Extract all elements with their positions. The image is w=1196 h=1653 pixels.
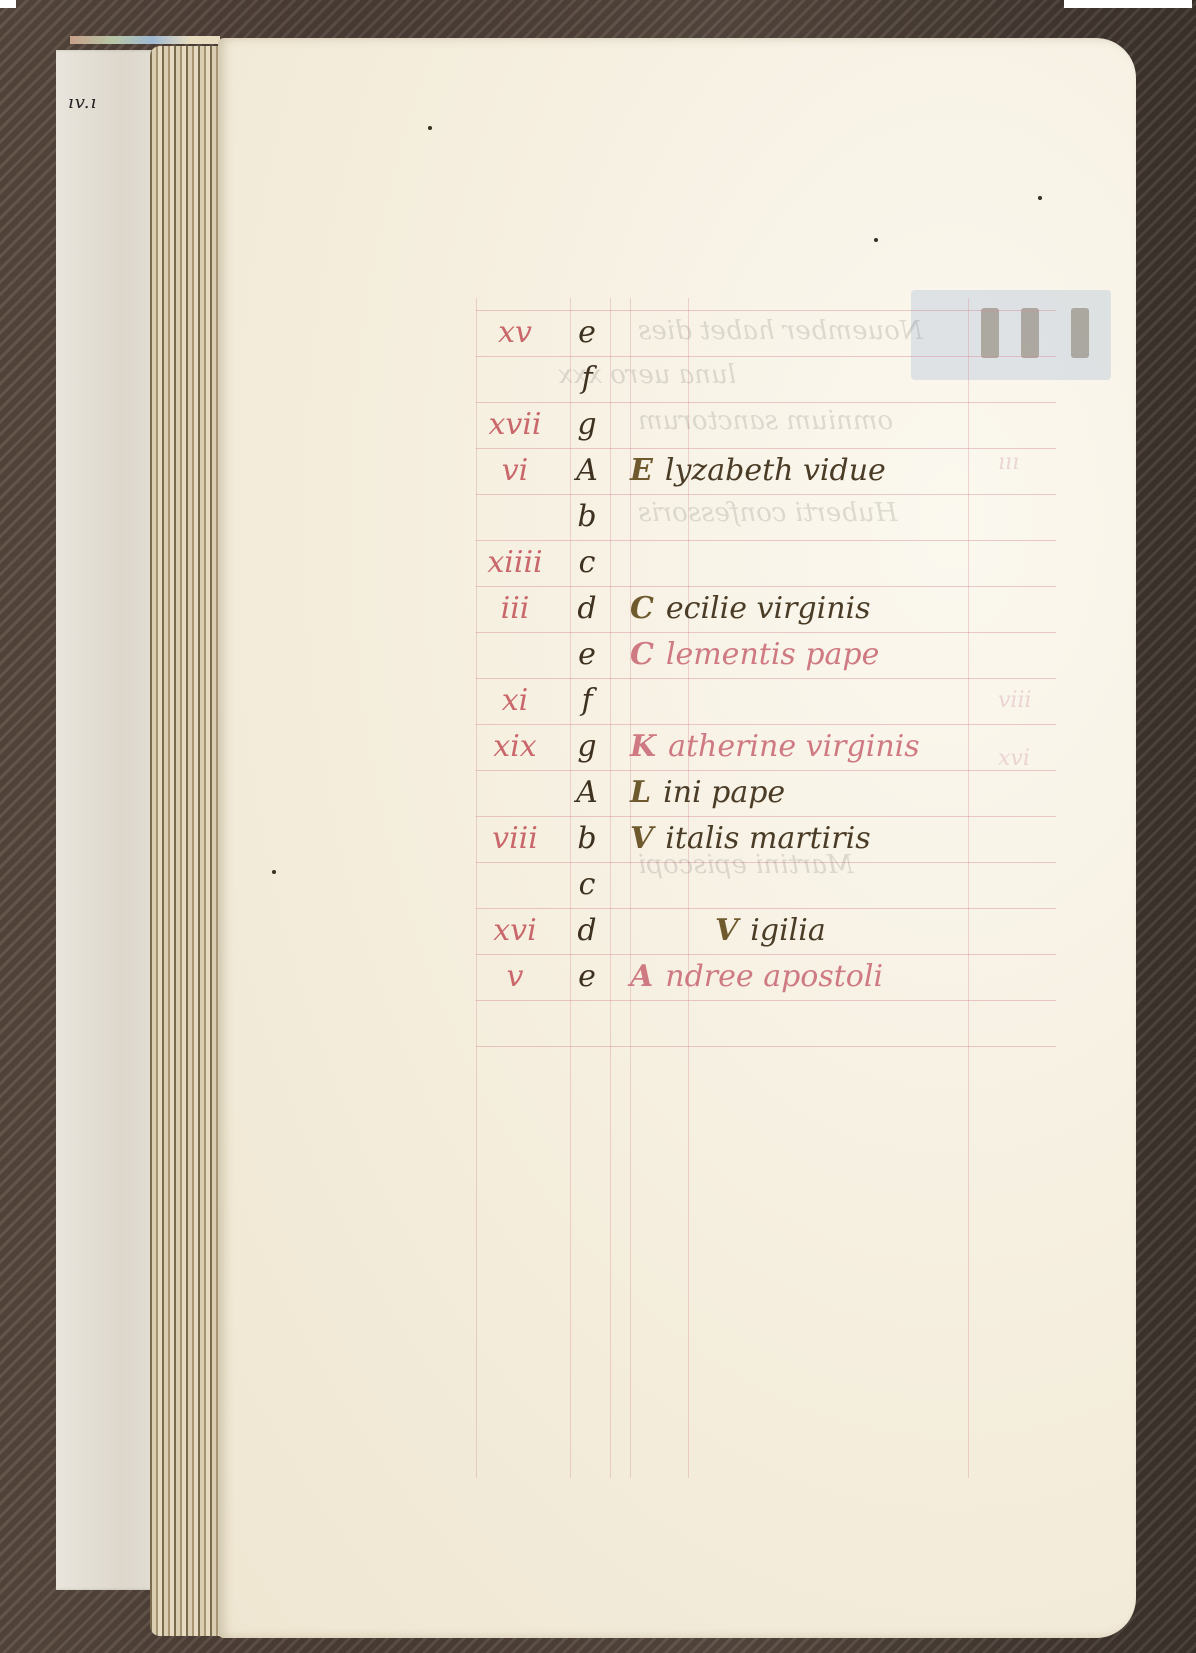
dominical-letter: g xyxy=(572,724,602,770)
image-crop-artifact xyxy=(1064,0,1192,8)
dominical-letter: d xyxy=(572,586,602,632)
ruling-line xyxy=(476,1000,1056,1001)
feast-name: lyzabeth vidue xyxy=(665,453,886,488)
feast-initial: V xyxy=(715,913,738,948)
calendar-row: xixgKatherine virginis xyxy=(480,724,1080,770)
ink-speck xyxy=(1038,196,1042,200)
dominical-letter: b xyxy=(572,816,602,862)
ruling-line xyxy=(476,1046,1056,1047)
feast-entry: Vigilia xyxy=(715,908,826,954)
ink-speck xyxy=(428,126,432,130)
feast-name: ini pape xyxy=(663,775,785,810)
golden-number: xvi xyxy=(480,908,550,954)
golden-number: viii xyxy=(480,816,550,862)
calendar-row: f xyxy=(480,356,1080,402)
calendar-row: viiibVitalis martiris xyxy=(480,816,1080,862)
feast-entry: Andree apostoli xyxy=(630,954,883,1000)
calendar-row: xve xyxy=(480,310,1080,356)
ink-speck xyxy=(272,870,276,874)
feast-name: ecilie virginis xyxy=(666,591,871,626)
golden-number: vi xyxy=(480,448,550,494)
calendar-row: xif xyxy=(480,678,1080,724)
feast-entry: Cecilie virginis xyxy=(630,586,871,632)
golden-number: xvii xyxy=(480,402,550,448)
feast-initial: C xyxy=(630,591,654,626)
dominical-letter: e xyxy=(572,632,602,678)
feast-initial: K xyxy=(630,729,656,764)
calendar-row: xiiiic xyxy=(480,540,1080,586)
golden-number: v xyxy=(480,954,550,1000)
dominical-letter: A xyxy=(572,770,602,816)
calendar-page: Nouember habet dies luna uero xxx omnium… xyxy=(218,38,1136,1638)
calendar-row: veAndree apostoli xyxy=(480,954,1080,1000)
feast-entry: Elyzabeth vidue xyxy=(630,448,886,494)
golden-number: xv xyxy=(480,310,550,356)
feast-initial: V xyxy=(630,821,653,856)
golden-number: xi xyxy=(480,678,550,724)
ruling-column xyxy=(476,298,477,1478)
feast-name: igilia xyxy=(750,913,825,948)
calendar-row: b xyxy=(480,494,1080,540)
feast-initial: C xyxy=(630,637,654,672)
calendar-row: iiidCecilie virginis xyxy=(480,586,1080,632)
image-crop-artifact xyxy=(0,0,16,8)
calendar-row: c xyxy=(480,862,1080,908)
dominical-letter: f xyxy=(572,356,602,402)
feast-entry: Clementis pape xyxy=(630,632,879,678)
calendar-row: eClementis pape xyxy=(480,632,1080,678)
golden-number: xix xyxy=(480,724,550,770)
feast-initial: E xyxy=(630,453,653,488)
dominical-letter: c xyxy=(572,862,602,908)
ink-speck xyxy=(874,238,878,242)
calendar-row: viAElyzabeth vidue xyxy=(480,448,1080,494)
dominical-letter: e xyxy=(572,310,602,356)
dominical-letter: e xyxy=(572,954,602,1000)
dominical-letter: c xyxy=(572,540,602,586)
feast-name: ndree apostoli xyxy=(665,959,883,994)
feast-initial: A xyxy=(630,959,653,994)
dominical-letter: f xyxy=(572,678,602,724)
calendar-row: xviig xyxy=(480,402,1080,448)
feast-entry: Katherine virginis xyxy=(630,724,920,770)
feast-initial: L xyxy=(630,775,651,810)
calendar-row: xvidVigilia xyxy=(480,908,1080,954)
feast-entry: Vitalis martiris xyxy=(630,816,871,862)
feast-name: lementis pape xyxy=(666,637,880,672)
feast-entry: Lini pape xyxy=(630,770,785,816)
feast-name: italis martiris xyxy=(665,821,870,856)
dominical-letter: A xyxy=(572,448,602,494)
golden-number: iii xyxy=(480,586,550,632)
feast-name: atherine virginis xyxy=(668,729,920,764)
decorated-page-edge xyxy=(70,36,220,44)
dominical-letter: b xyxy=(572,494,602,540)
golden-number: xiiii xyxy=(480,540,550,586)
dominical-letter: g xyxy=(572,402,602,448)
dominical-letter: d xyxy=(572,908,602,954)
calendar-row: ALini pape xyxy=(480,770,1080,816)
flyleaf-ink-mark: ıv.ı xyxy=(68,92,97,113)
